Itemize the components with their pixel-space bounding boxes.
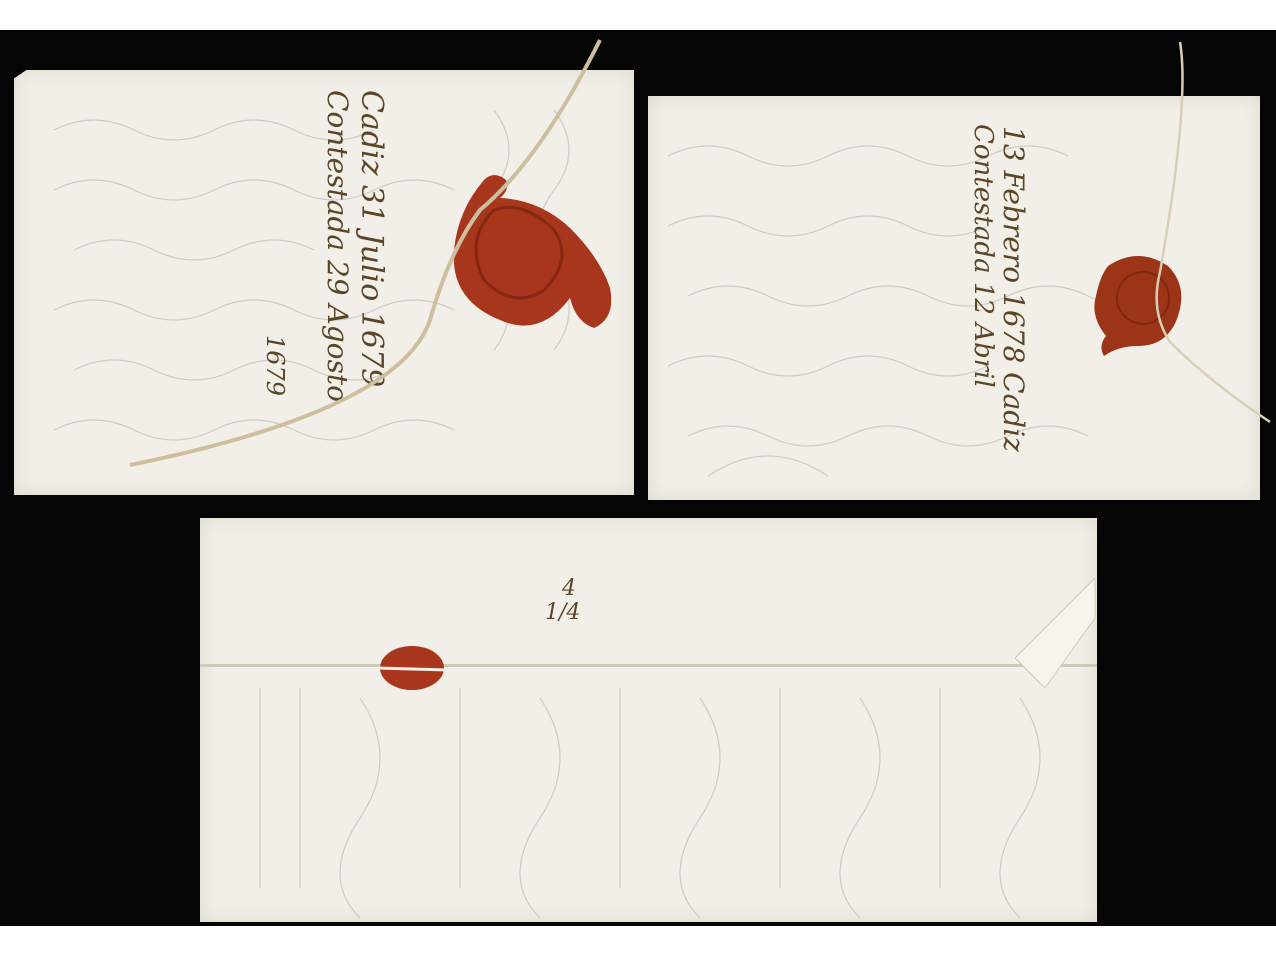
wax-seal-icon (1088, 246, 1198, 356)
docket-line-1: Cadiz 31 Julio 1679 (354, 90, 389, 387)
wax-seal-icon (378, 642, 458, 702)
docket-line-3: 1679 (261, 335, 289, 396)
docket-rate-2: 1/4 (545, 600, 580, 625)
docket-line-2: Contestada 12 Abril (968, 124, 998, 388)
docket-rate-1: 4 (562, 576, 576, 601)
letter-top-right: 13 Febrero 1678 Cadiz Contestada 12 Abri… (648, 96, 1260, 500)
letter-bottom: 4 1/4 (200, 518, 1097, 922)
docket-line-2: Contestada 29 Agosto (321, 90, 354, 402)
flap-fold-line (200, 664, 1097, 667)
wax-seal-icon (434, 170, 634, 330)
ghost-script-texture (200, 518, 1097, 922)
letter-top-left: Cadiz 31 Julio 1679 Contestada 29 Agosto… (14, 70, 634, 495)
docket-line-1: 13 Febrero 1678 Cadiz (997, 126, 1030, 452)
folded-corner (1015, 578, 1097, 698)
